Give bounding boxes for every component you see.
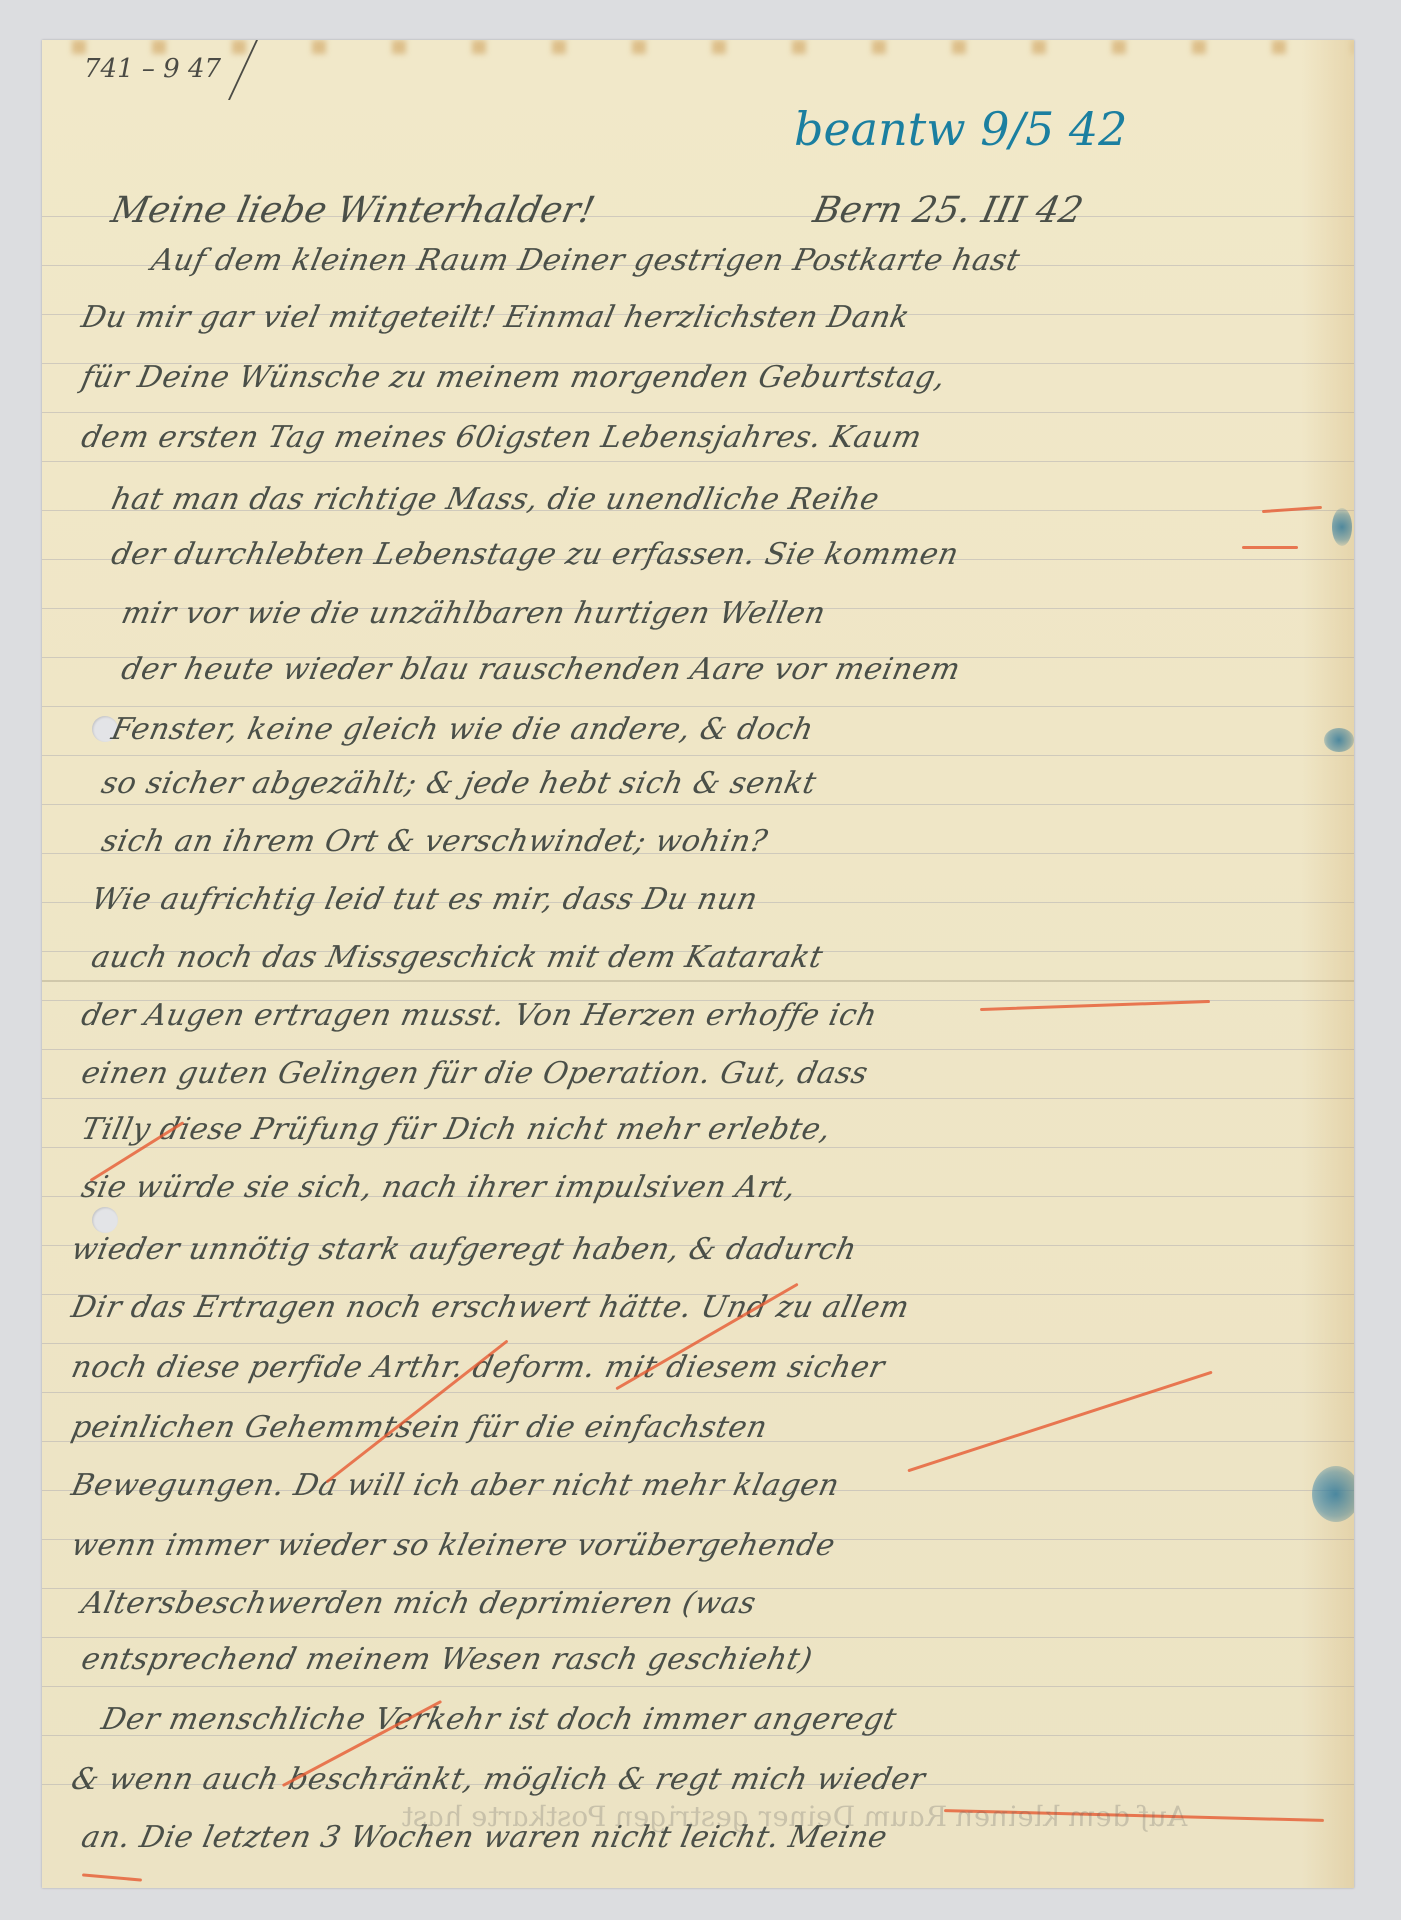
- letter-line: Du mir gar viel mitgeteilt! Einmal herzl…: [78, 300, 913, 335]
- letter-line: Auf dem kleinen Raum Deiner gestrigen Po…: [148, 243, 1023, 278]
- red-squiggle: [82, 1873, 142, 1881]
- letter-line: der heute wieder blau rauschenden Aare v…: [118, 652, 963, 687]
- ruled-line: [42, 1049, 1354, 1050]
- letter-line: mir vor wie die unzählbaren hurtigen Wel…: [118, 596, 829, 631]
- red-margin-mark: [1242, 546, 1298, 549]
- reply-note: beantw 9/5 42: [794, 102, 1127, 156]
- punch-hole: [92, 1207, 118, 1233]
- ruled-line: [42, 755, 1354, 756]
- letter-line: wenn immer wieder so kleinere vorübergeh…: [68, 1528, 838, 1563]
- red-underline: [980, 1000, 1210, 1011]
- letter-line: Dir das Ertragen noch erschwert hätte. U…: [68, 1290, 912, 1325]
- letter-line: der durchlebten Lebenstage zu erfassen. …: [108, 537, 962, 572]
- place-date: Bern 25. III 42: [810, 190, 1087, 231]
- letter-line: hat man das richtige Mass, die unendlich…: [108, 482, 882, 517]
- ruled-line: [42, 1098, 1354, 1099]
- letter-line: Wie aufrichtig leid tut es mir, dass Du …: [88, 882, 761, 917]
- red-strike: [907, 1371, 1212, 1473]
- letter-line: wieder unnötig stark aufgeregt haben, & …: [68, 1232, 860, 1267]
- letter-page: 741 – 9 47 beantw 9/5 42 Meine liebe Win…: [42, 40, 1354, 1888]
- red-margin-mark: [1262, 506, 1322, 513]
- ruled-line: [42, 706, 1354, 707]
- greeting: Meine liebe Winterhalder!: [108, 190, 599, 231]
- letter-line: Der menschliche Verkehr ist doch immer a…: [98, 1702, 900, 1737]
- ruled-line: [42, 1686, 1354, 1687]
- ruled-line: [42, 1147, 1354, 1148]
- paper-fold: [42, 980, 1354, 982]
- ink-blot: [1324, 728, 1354, 752]
- letter-line: sie würde sie sich, nach ihrer impulsive…: [78, 1170, 799, 1205]
- ruled-line: [42, 804, 1354, 805]
- letter-line: einen guten Gelingen für die Operation. …: [78, 1056, 871, 1091]
- bleed-through-text: Auf dem kleinen Raum Deiner gestrigen Po…: [398, 1800, 1190, 1833]
- letter-line: peinlichen Gehemmtsein für die einfachst…: [68, 1410, 770, 1445]
- letter-line: noch diese perfide Arthr. deform. mit di…: [68, 1350, 888, 1385]
- ink-blot: [1312, 1466, 1354, 1522]
- ink-blot: [1332, 508, 1352, 546]
- letter-line: so sicher abgezählt; & jede hebt sich & …: [98, 766, 819, 801]
- letter-line: Tilly diese Prüfung für Dich nicht mehr …: [78, 1112, 834, 1147]
- letter-line: Altersbeschwerden mich deprimieren (was: [78, 1586, 759, 1621]
- letter-line: entsprechend meinem Wesen rasch geschieh…: [78, 1642, 815, 1677]
- letter-line: für Deine Wünsche zu meinem morgenden Ge…: [78, 360, 949, 395]
- letter-line: & wenn auch beschränkt, möglich & regt m…: [68, 1762, 928, 1797]
- ruled-line: [42, 461, 1354, 462]
- letter-line: Bewegungen. Da will ich aber nicht mehr …: [68, 1468, 842, 1503]
- letter-line: auch noch das Missgeschick mit dem Katar…: [88, 940, 826, 975]
- letter-line: sich an ihrem Ort & verschwindet; wohin?: [98, 824, 770, 859]
- letter-line: der Augen ertragen musst. Von Herzen erh…: [78, 998, 880, 1033]
- letter-line: dem ersten Tag meines 60igsten Lebensjah…: [78, 420, 925, 455]
- ruled-line: [42, 1392, 1354, 1393]
- letter-line: Fenster, keine gleich wie die andere, & …: [108, 712, 817, 747]
- ruled-line: [42, 1637, 1354, 1638]
- ruled-line: [42, 412, 1354, 413]
